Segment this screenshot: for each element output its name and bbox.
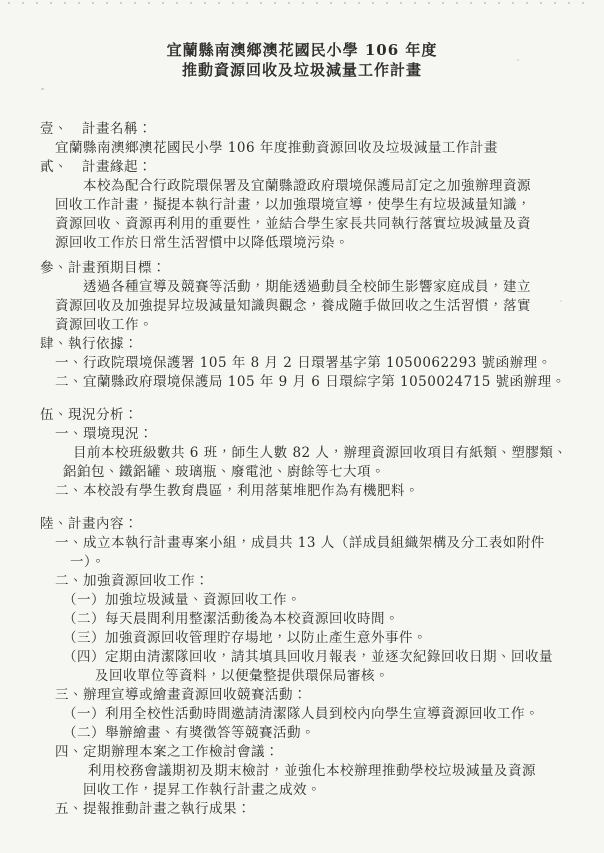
doc-line: （四）定期由清潔隊回收，請其填具回收月報表，並逐次紀錄回收日期、回收量 <box>63 648 604 667</box>
doc-line: 一、行政院環境保護署 105 年 8 月 2 日環署基字第 1050062293… <box>55 354 604 373</box>
doc-line: 二、宜蘭縣政府環境保護局 105 年 9 月 6 日環綜字第 105002471… <box>55 373 604 392</box>
doc-body: 壹、 計畫名稱： 宜蘭縣南澳鄉澳花國民小學 106 年度推動資源回收及垃圾減量工… <box>0 120 604 819</box>
doc-line: 回收工作計畫，擬提本執行計畫，以加強環境宣導，使學生有垃圾減量知識， <box>55 196 604 215</box>
section-heading: 伍、現況分析： <box>40 406 604 425</box>
doc-line: 二、本校設有學生教育農區，利用落葉堆肥作為有機肥料。 <box>55 482 604 501</box>
document-page: 宜蘭縣南澳鄉澳花國民小學 106 年度 推動資源回收及垃圾減量工作計畫 壹、 計… <box>0 0 604 853</box>
section-heading: 陸、計畫內容： <box>40 515 604 534</box>
doc-line: 源回收工作於日常生活習慣中以降低環境污染。 <box>55 234 604 253</box>
doc-line: 透過各種宣導及競賽等活動，期能透過動員全校師生影響家庭成員，建立 <box>83 278 604 297</box>
doc-title-line: 宜蘭縣南澳鄉澳花國民小學 106 年度 <box>0 40 604 60</box>
doc-line: 宜蘭縣南澳鄉澳花國民小學 106 年度推動資源回收及垃圾減量工作計畫 <box>55 139 604 158</box>
doc-line: 資源回收及加強提昇垃圾減量知識與觀念，養成隨手做回收之生活習慣，落實 <box>55 297 604 316</box>
doc-line: 資源回收、資源再利用的重要性，並結合學生家長共同執行落實垃圾減量及資 <box>55 215 604 234</box>
scan-speck <box>560 300 562 302</box>
scan-speck <box>517 59 519 61</box>
doc-title-line: 推動資源回收及垃圾減量工作計畫 <box>0 60 604 80</box>
doc-line: 一、成立本執行計畫專案小組，成員共 13 人（詳成員組織架構及分工表如附件 <box>55 534 604 553</box>
doc-line: 及回收單位等資料，以便彙整提供環保局審核。 <box>95 667 604 686</box>
doc-line: （二）每天晨間利用整潔活動後為本校資源回收時間。 <box>63 610 604 629</box>
section-heading: 肆、執行依據： <box>40 335 604 354</box>
doc-line: 鋁鉑包、鐵鋁罐、玻璃瓶、廢電池、廚餘等七大項。 <box>63 463 604 482</box>
doc-line: 一）。 <box>70 553 604 572</box>
section-heading: 參、計畫預期目標： <box>40 259 604 278</box>
scan-speck <box>41 88 44 90</box>
doc-line: 本校為配合行政院環保署及宜蘭縣證政府環境保護局訂定之加強辦理資源 <box>83 177 604 196</box>
doc-line: 目前本校班級數共 6 班，師生人數 82 人，辦理資源回收項目有紙類、塑膠類、 <box>73 444 604 463</box>
doc-line: （二）舉辦繪畫、有獎徵答等競賽活動。 <box>63 724 604 743</box>
doc-line: （三）加強資源回收管理貯存場地，以防止產生意外事件。 <box>63 629 604 648</box>
doc-line: 一、環境現況： <box>55 425 604 444</box>
doc-line: 資源回收工作。 <box>55 316 604 335</box>
doc-line: 四、定期辦理本案之工作檢討會議： <box>55 743 604 762</box>
doc-line: 五、提報推動計畫之執行成果： <box>55 800 604 819</box>
doc-line: （一）加強垃圾減量、資源回收工作。 <box>63 591 604 610</box>
doc-line: 回收工作，提昇工作執行計畫之成效。 <box>83 781 604 800</box>
section-heading: 壹、 計畫名稱： <box>40 120 604 139</box>
scan-edge-dots <box>8 2 596 4</box>
doc-title: 宜蘭縣南澳鄉澳花國民小學 106 年度 推動資源回收及垃圾減量工作計畫 <box>0 0 604 80</box>
doc-line: 二、加強資源回收工作： <box>55 572 604 591</box>
doc-line: 利用校務會議期初及期末檢討，並強化本校辦理推動學校垃圾減量及資源 <box>88 762 604 781</box>
section-heading: 貳、 計畫緣起： <box>40 158 604 177</box>
doc-line: 三、辦理宣導或繪畫資源回收競賽活動： <box>55 686 604 705</box>
doc-line: （一）利用全校性活動時間邀請清潔隊人員到校內向學生宣導資源回收工作。 <box>63 705 604 724</box>
